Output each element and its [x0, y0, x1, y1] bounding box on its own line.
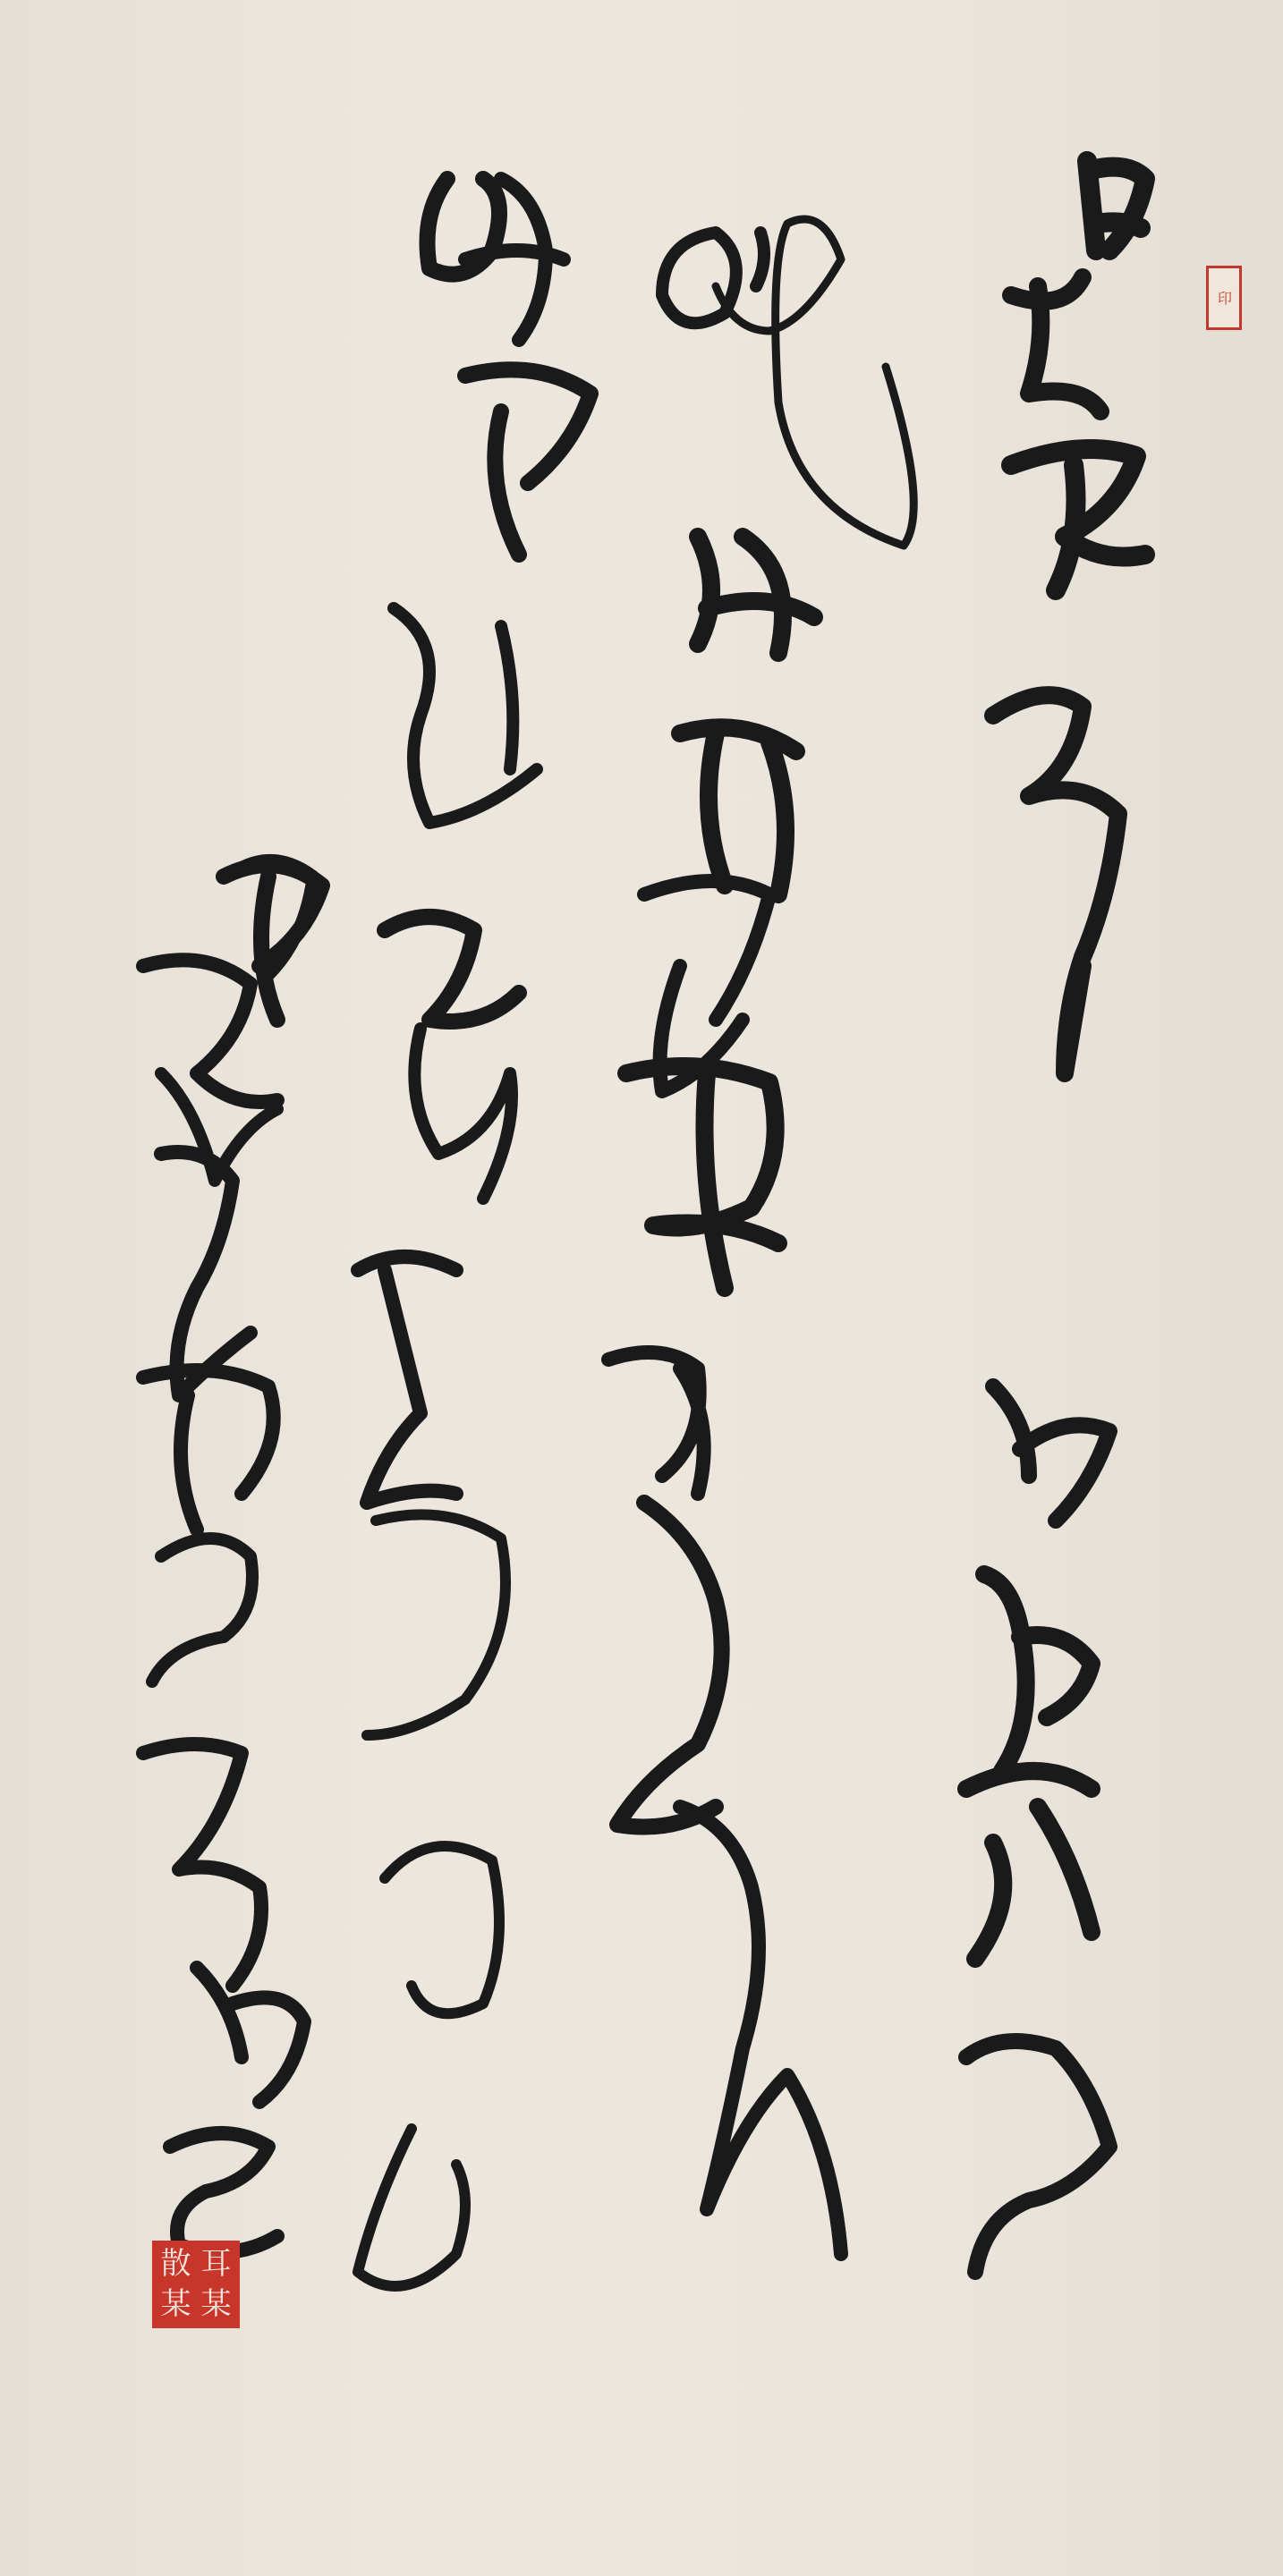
calligraphy-ink — [0, 0, 1283, 2576]
seal-char: 耳 — [196, 2244, 236, 2284]
seal-char: 散 — [156, 2244, 196, 2284]
seal-char: 某 — [196, 2284, 236, 2325]
seal-bottom-left: 散 耳 某 某 — [152, 2241, 240, 2328]
scroll-paper: 印 散 耳 某 某 — [0, 0, 1283, 2576]
seal-top-right: 印 — [1206, 266, 1242, 330]
seal-char: 某 — [156, 2284, 196, 2325]
